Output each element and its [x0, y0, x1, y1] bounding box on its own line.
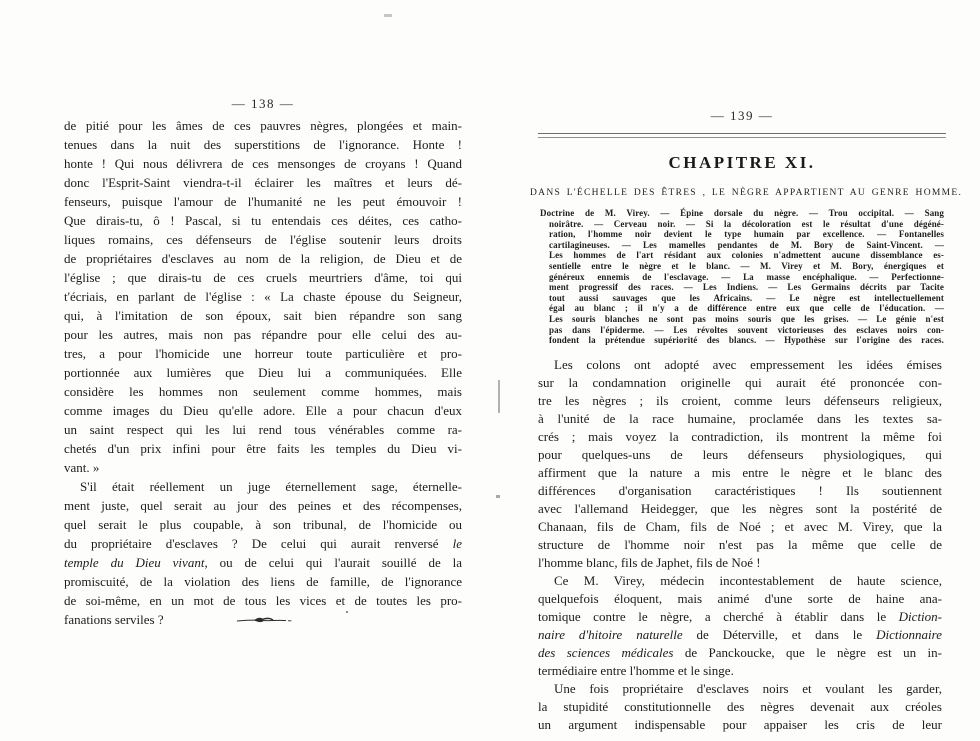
text-line: de propriétaires d'esclaves au nom de la…: [64, 249, 462, 268]
paragraph: de pitié pour les âmes de ces pauvres nè…: [64, 116, 462, 477]
right-page-body: Les colons ont adopté avec empressement …: [538, 356, 942, 734]
left-page-number: — 138 —: [64, 96, 462, 112]
text-line: honte ! Qui nous délivrera de ces menson…: [64, 154, 462, 173]
text-line: Les souris blanches ne sont pas moins so…: [540, 314, 944, 325]
text-line: l'église ; que dirais-tu de ces cruels m…: [64, 268, 462, 287]
text-line: Chanaan, fils de Cham, fils de Noé ; et …: [538, 518, 942, 536]
text-line: sentielle entre le nègre et le blanc. — …: [540, 261, 944, 272]
text-line: fenseurs, puisque l'amour de l'humanité …: [64, 192, 462, 211]
text-line: Les colons ont adopté avec empressement …: [538, 356, 942, 374]
text-line: cartilagineuses. — Les mamelles pendante…: [540, 240, 944, 251]
text-line: sur la condamnation originelle qui aurai…: [538, 374, 942, 392]
text-line: un argument indispensable pour appaiser …: [538, 716, 942, 734]
text-line: temple du Dieu vivant, ou de celui qui l…: [64, 553, 462, 572]
right-page-number: — 139 —: [540, 108, 944, 124]
text-line: Les hommes de l'art résidant aux colonie…: [540, 250, 944, 261]
text-line: Que dirais-tu, ô ! Pascal, si tu entenda…: [64, 211, 462, 230]
text-line: du propriétaire d'esclaves ? De celui qu…: [64, 534, 462, 553]
text-line: la stupidité constitutionnelle des nègre…: [538, 698, 942, 716]
paragraph: Les colons ont adopté avec empressement …: [538, 356, 942, 572]
paragraph: Ce M. Virey, médecin incontestablement d…: [538, 572, 942, 680]
text-line: quel serait le plus coupable, à son trib…: [64, 515, 462, 534]
scan-artifact: [346, 611, 348, 613]
text-line: des sciences médicales de Panckoucke, qu…: [538, 644, 942, 662]
scan-artifact: [496, 495, 500, 498]
text-line: crés ; mais voyez la contradiction, ils …: [538, 428, 942, 446]
text-line: avec l'allemand Heidegger, que les nègre…: [538, 500, 942, 518]
text-line: tres, a pour l'homicide une horreur tout…: [64, 344, 462, 363]
text-line: chetés d'un prix infini pour être faits …: [64, 439, 462, 458]
text-line: pour quelques-uns de leurs défenseurs ph…: [538, 446, 942, 464]
paragraph: S'il était réellement un juge éternellem…: [64, 477, 462, 629]
paragraph: Une fois propriétaire d'esclaves noirs e…: [538, 680, 942, 734]
text-line: pour les autres, mais non pas répandre p…: [64, 325, 462, 344]
left-page-body: de pitié pour les âmes de ces pauvres nè…: [64, 116, 462, 629]
text-line: généreux ennemis de l'esclavage. — La ma…: [540, 272, 944, 283]
text-line: différences d'organisation caractéristiq…: [538, 482, 942, 500]
page-fold-mark: [498, 380, 500, 413]
scan-artifact: [384, 14, 392, 17]
text-line: de pitié pour les âmes de ces pauvres nè…: [64, 116, 462, 135]
text-line: tout aussi sauvages que les Africains. —…: [540, 293, 944, 304]
text-line: t'écriais, en parlant de l'église : « La…: [64, 287, 462, 306]
tailpiece-ornament-icon: [236, 613, 292, 631]
text-line: Ce M. Virey, médecin incontestablement d…: [538, 572, 942, 590]
text-line: égal au blanc ; il n'y a de différence e…: [540, 303, 944, 314]
text-line: structure de l'homme noir n'est pas la m…: [538, 536, 942, 554]
text-line: de soi-même, en un mot de tous les vices…: [64, 591, 462, 610]
text-line: tenues dans la nuit des superstitions de…: [64, 135, 462, 154]
text-line: naire d'hitoire naturelle de Déterville,…: [538, 626, 942, 644]
text-line: qui, à l'imitation de son époux, sait bi…: [64, 306, 462, 325]
text-line: comme images du Dieu qu'elle adore. Elle…: [64, 401, 462, 420]
text-line: pas dans l'épiderme. — Les révoltes souv…: [540, 325, 944, 336]
text-line: fondent la prétendue supériorité des bla…: [540, 335, 944, 346]
header-double-rule: [538, 133, 946, 138]
text-line: quelquefois éloquent, mais animé d'une s…: [538, 590, 942, 608]
text-line: donc l'Esprit-Saint viendra-t-il éclaire…: [64, 173, 462, 192]
chapter-summary: Doctrine de M. Virey. — Épine dorsale du…: [540, 208, 944, 346]
text-line: un saint respect qui les lui rend tous v…: [64, 420, 462, 439]
text-line: noirâtre. — Cerveau noir. — Si la décolo…: [540, 219, 944, 230]
text-line: à l'unité de la race humaine, proclamée …: [538, 410, 942, 428]
text-line: termédiaire entre l'homme et le singe.: [538, 662, 942, 680]
text-line: affirment que la nature a mis entre le n…: [538, 464, 942, 482]
book-scan-spread: { "left_page": { "page_number": "— 138 —…: [0, 0, 980, 741]
text-line: Une fois propriétaire d'esclaves noirs e…: [538, 680, 942, 698]
text-line: ment progressif des races. — Les Indiens…: [540, 282, 944, 293]
text-line: S'il était réellement un juge éternellem…: [64, 477, 462, 496]
text-line: ment juste, quel serait au jour des pein…: [64, 496, 462, 515]
text-line: ration, l'homme noir devient le type hum…: [540, 229, 944, 240]
text-line: portionnée aux lumières que Dieu lui a c…: [64, 363, 462, 382]
text-line: tre les nègres ; ils croient, comme leur…: [538, 392, 942, 410]
text-line: promiscuité, de la violation des liens d…: [64, 572, 462, 591]
text-line: l'homme blanc, fils de Japhet, fils de N…: [538, 554, 942, 572]
text-line: considère les hommes non seulement comme…: [64, 382, 462, 401]
chapter-title: CHAPITRE XI.: [538, 153, 946, 173]
text-line: tomique contre le nègre, a cherché à éta…: [538, 608, 942, 626]
chapter-subtitle: DANS L'ÉCHELLE DES ÊTRES , LE NÈGRE APPA…: [530, 188, 954, 198]
text-line: Doctrine de M. Virey. — Épine dorsale du…: [540, 208, 944, 219]
text-line: vant. »: [64, 458, 462, 477]
text-line: liques romains, ces défenseurs de l'égli…: [64, 230, 462, 249]
